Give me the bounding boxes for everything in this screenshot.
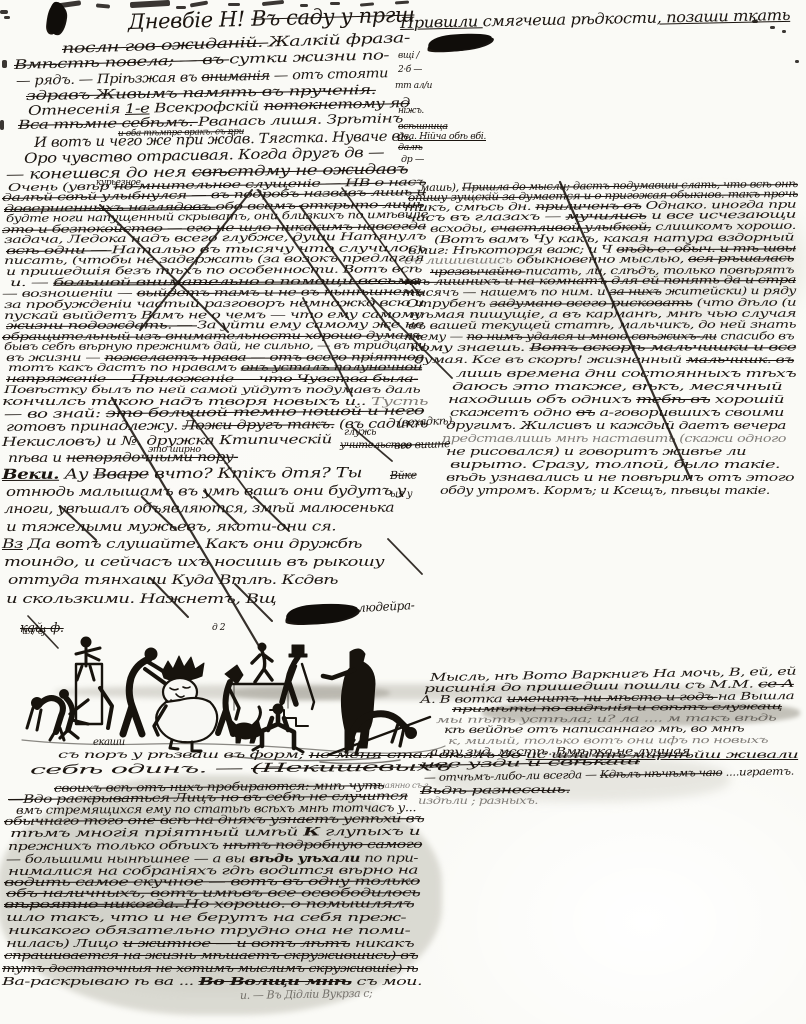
manuscript-page: Дневбіе Н! bbox=[0, 0, 806, 1024]
ink-blot bbox=[427, 31, 492, 53]
ink-blot bbox=[285, 602, 358, 626]
ink-blots-layer bbox=[0, 0, 806, 1024]
ink-blot bbox=[46, 1, 66, 35]
